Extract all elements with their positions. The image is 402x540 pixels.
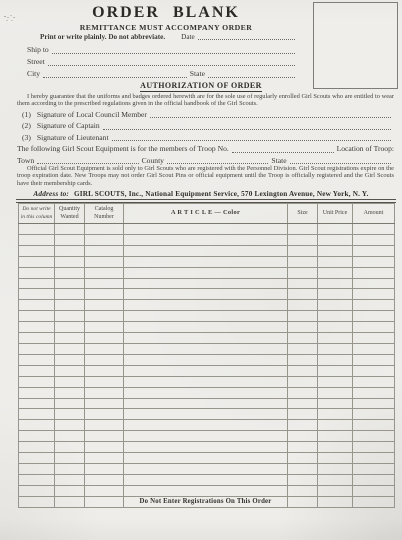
- table-cell: [288, 453, 318, 464]
- table-cell: [318, 322, 353, 333]
- county-fill-line: [167, 162, 268, 164]
- town-fill-line: [37, 162, 138, 164]
- table-cell: [288, 278, 318, 289]
- table-cell: [55, 322, 85, 333]
- table-row: [19, 311, 395, 322]
- table-cell: [55, 485, 85, 496]
- table-cell: [124, 224, 288, 235]
- table-cell: [19, 453, 55, 464]
- table-row: [19, 224, 395, 235]
- table-row: [19, 409, 395, 420]
- troop-location-label: Location of Troop:: [337, 145, 394, 154]
- county-label: County: [142, 157, 164, 166]
- table-cell: [55, 463, 85, 474]
- table-cell: [55, 431, 85, 442]
- table-row: [19, 300, 395, 311]
- town-label: Town: [17, 157, 34, 166]
- guarantee-paragraph: I hereby guarantee that the uniforms and…: [17, 93, 394, 108]
- table-cell: [85, 322, 124, 333]
- table-cell: [353, 485, 395, 496]
- table-cell: [55, 333, 85, 344]
- table-row: [19, 485, 395, 496]
- table-row: [19, 474, 395, 485]
- table-cell: [19, 365, 55, 376]
- table-row: [19, 234, 395, 245]
- table-cell: [318, 365, 353, 376]
- table-cell: [19, 463, 55, 474]
- table-cell: [85, 354, 124, 365]
- table-cell: [318, 387, 353, 398]
- signature-label: Signature of Captain: [37, 122, 100, 131]
- table-cell: [353, 322, 395, 333]
- table-cell: [288, 322, 318, 333]
- state-label: State: [190, 70, 205, 79]
- table-cell: [288, 496, 318, 507]
- ship-to-row: Ship to: [27, 46, 298, 55]
- table-cell: [288, 376, 318, 387]
- table-cell: [288, 420, 318, 431]
- table-cell: [124, 474, 288, 485]
- table-cell: [19, 311, 55, 322]
- address-to-text: GIRL SCOUTS, Inc., National Equipment Se…: [74, 190, 369, 198]
- table-cell: [55, 311, 85, 322]
- table-cell: [124, 453, 288, 464]
- ship-to-fill-line: [52, 52, 295, 54]
- table-cell: [288, 245, 318, 256]
- city-state-row: City State: [27, 70, 298, 79]
- table-row: [19, 354, 395, 365]
- table-cell: [353, 343, 395, 354]
- table-cell: [19, 224, 55, 235]
- table-cell: [124, 245, 288, 256]
- table-cell: [85, 442, 124, 453]
- authorization-heading: AUTHORIZATION OF ORDER: [0, 81, 402, 90]
- table-cell: [55, 365, 85, 376]
- table-cell: [85, 365, 124, 376]
- table-cell: [288, 234, 318, 245]
- table-cell: [318, 442, 353, 453]
- table-cell: [353, 311, 395, 322]
- table-cell: [353, 463, 395, 474]
- table-cell: [353, 398, 395, 409]
- form-title: ORDER BLANK: [0, 4, 332, 22]
- table-cell: [318, 431, 353, 442]
- signature-row-captain: (2) Signature of Captain: [22, 122, 394, 131]
- table-cell: [318, 376, 353, 387]
- table-cell: [353, 224, 395, 235]
- order-blank-form: ORDER BLANK REMITTANCE MUST ACCOMPANY OR…: [0, 0, 402, 540]
- table-row: [19, 420, 395, 431]
- table-cell: [19, 278, 55, 289]
- table-cell: [124, 398, 288, 409]
- table-cell: [288, 289, 318, 300]
- table-cell: [318, 278, 353, 289]
- table-cell: [318, 343, 353, 354]
- table-cell: [19, 300, 55, 311]
- table-cell: [318, 496, 353, 507]
- table-cell: [318, 409, 353, 420]
- table-cell: [318, 398, 353, 409]
- table-cell: [85, 311, 124, 322]
- city-fill-line: [43, 76, 187, 78]
- table-cell: [318, 485, 353, 496]
- table-cell: [55, 343, 85, 354]
- table-cell: [55, 300, 85, 311]
- registration-note-paragraph: Official Girl Scout Equipment is sold on…: [17, 165, 394, 187]
- table-cell: [19, 474, 55, 485]
- signature-number: (2): [22, 122, 31, 131]
- column-header: Quantity Wanted: [55, 204, 85, 224]
- table-cell: [124, 267, 288, 278]
- table-cell: [19, 409, 55, 420]
- table-cell: [55, 398, 85, 409]
- table-cell: [288, 354, 318, 365]
- signature-row-council: (1) Signature of Local Council Member: [22, 111, 394, 120]
- table-cell: [85, 234, 124, 245]
- table-cell: [19, 343, 55, 354]
- troop-number-fill-line: [232, 151, 334, 153]
- table-cell: [353, 267, 395, 278]
- table-row: [19, 376, 395, 387]
- table-cell: [55, 376, 85, 387]
- table-cell: [85, 387, 124, 398]
- table-cell: [288, 256, 318, 267]
- table-cell: [353, 245, 395, 256]
- table-cell: [85, 398, 124, 409]
- table-cell: [353, 365, 395, 376]
- signature-row-lieutenant: (3) Signature of Lieutenant: [22, 134, 394, 143]
- table-cell: [55, 387, 85, 398]
- table-cell: [55, 278, 85, 289]
- table-cell: [85, 431, 124, 442]
- table-cell: [124, 354, 288, 365]
- table-cell: [55, 442, 85, 453]
- table-cell: [288, 431, 318, 442]
- table-cell: [55, 420, 85, 431]
- table-cell: [55, 245, 85, 256]
- table-row: [19, 398, 395, 409]
- table-cell: [353, 496, 395, 507]
- column-header: Amount: [353, 204, 395, 224]
- date-fill-line: [198, 38, 295, 40]
- table-cell: [19, 431, 55, 442]
- table-row: [19, 343, 395, 354]
- signature-fill-line: [112, 139, 391, 141]
- state-fill-line: [290, 162, 391, 164]
- table-cell: [318, 333, 353, 344]
- date-label: Date: [181, 33, 195, 41]
- signature-label: Signature of Local Council Member: [37, 111, 147, 120]
- table-cell: [288, 398, 318, 409]
- address-to-line: Address to: GIRL SCOUTS, Inc., National …: [0, 190, 402, 198]
- address-to-lead: Address to:: [33, 190, 69, 198]
- table-row: [19, 463, 395, 474]
- table-cell: [19, 354, 55, 365]
- table-cell: [19, 496, 55, 507]
- table-cell: [318, 224, 353, 235]
- table-cell: [353, 278, 395, 289]
- signature-fill-line: [150, 116, 391, 118]
- table-row: [19, 289, 395, 300]
- table-cell: [288, 267, 318, 278]
- street-row: Street: [27, 58, 298, 67]
- table-cell: [288, 463, 318, 474]
- table-cell: [124, 343, 288, 354]
- table-row: [19, 267, 395, 278]
- table-row: [19, 256, 395, 267]
- state-label: State: [271, 157, 286, 166]
- table-cell: [19, 387, 55, 398]
- troop-number-row: The following Girl Scout Equipment is fo…: [17, 145, 394, 154]
- table-cell: [85, 267, 124, 278]
- table-row: [19, 387, 395, 398]
- table-cell: [85, 289, 124, 300]
- table-cell: [318, 354, 353, 365]
- table-cell: [353, 300, 395, 311]
- table-cell: [124, 387, 288, 398]
- table-cell: [85, 245, 124, 256]
- table-cell: [55, 474, 85, 485]
- column-header: Do not write in this column: [19, 204, 55, 224]
- table-cell: [318, 267, 353, 278]
- table-cell: [85, 496, 124, 507]
- table-row: [19, 245, 395, 256]
- table-cell: [318, 234, 353, 245]
- table-cell: [85, 278, 124, 289]
- table-note-row: Do Not Enter Registrations On This Order: [19, 496, 395, 507]
- table-cell: [318, 289, 353, 300]
- table-cell: [288, 311, 318, 322]
- state-fill-line: [208, 76, 295, 78]
- table-cell: [318, 453, 353, 464]
- table-cell: [85, 300, 124, 311]
- table-cell: [353, 420, 395, 431]
- signature-fill-line: [103, 128, 391, 130]
- table-cell: [318, 256, 353, 267]
- table-cell: [124, 409, 288, 420]
- order-table: Do not write in this columnQuantity Want…: [18, 203, 395, 508]
- ship-to-label: Ship to: [27, 46, 49, 55]
- table-cell: [19, 256, 55, 267]
- table-cell: [353, 333, 395, 344]
- column-header: Size: [288, 204, 318, 224]
- table-row: [19, 365, 395, 376]
- town-county-state-row: Town County State: [17, 157, 394, 166]
- table-cell: [55, 496, 85, 507]
- table-cell: [353, 431, 395, 442]
- table-cell: [19, 234, 55, 245]
- table-cell: [55, 354, 85, 365]
- table-cell: [55, 256, 85, 267]
- table-cell: [85, 474, 124, 485]
- table-cell: [124, 278, 288, 289]
- street-label: Street: [27, 58, 45, 67]
- table-cell: [85, 376, 124, 387]
- do-not-enter-note: Do Not Enter Registrations On This Order: [124, 496, 288, 507]
- table-cell: [353, 289, 395, 300]
- table-row: [19, 278, 395, 289]
- column-header: A R T I C L E — Color: [124, 204, 288, 224]
- table-cell: [288, 365, 318, 376]
- table-row: [19, 333, 395, 344]
- table-cell: [124, 420, 288, 431]
- table-cell: [85, 420, 124, 431]
- table-cell: [353, 387, 395, 398]
- table-cell: [124, 463, 288, 474]
- table-cell: [55, 234, 85, 245]
- instruction-date-row: Print or write plainly. Do not abbreviat…: [40, 33, 298, 41]
- table-cell: [85, 333, 124, 344]
- table-cell: [318, 245, 353, 256]
- table-cell: [124, 256, 288, 267]
- table-cell: [353, 474, 395, 485]
- table-cell: [353, 354, 395, 365]
- table-cell: [85, 453, 124, 464]
- stamp-box: [313, 2, 398, 89]
- table-cell: [55, 409, 85, 420]
- street-fill-line: [48, 64, 295, 66]
- table-cell: [85, 343, 124, 354]
- table-cell: [19, 245, 55, 256]
- table-cell: [318, 300, 353, 311]
- table-cell: [124, 442, 288, 453]
- table-cell: [55, 267, 85, 278]
- troop-line-prefix: The following Girl Scout Equipment is fo…: [17, 145, 229, 154]
- table-cell: [318, 311, 353, 322]
- print-instruction: Print or write plainly. Do not abbreviat…: [40, 33, 165, 41]
- table-cell: [19, 267, 55, 278]
- table-cell: [288, 333, 318, 344]
- table-cell: [124, 333, 288, 344]
- table-cell: [55, 453, 85, 464]
- table-cell: [85, 224, 124, 235]
- table-cell: [288, 224, 318, 235]
- table-row: [19, 453, 395, 464]
- table-cell: [19, 420, 55, 431]
- form-subtitle: REMITTANCE MUST ACCOMPANY ORDER: [0, 23, 332, 32]
- table-cell: [124, 431, 288, 442]
- table-cell: [318, 463, 353, 474]
- table-cell: [353, 409, 395, 420]
- table-cell: [124, 300, 288, 311]
- signature-label: Signature of Lieutenant: [37, 134, 109, 143]
- column-header: Catalog Number: [85, 204, 124, 224]
- table-cell: [124, 365, 288, 376]
- table-cell: [288, 474, 318, 485]
- table-cell: [353, 376, 395, 387]
- city-label: City: [27, 70, 40, 79]
- table-cell: [85, 409, 124, 420]
- table-cell: [124, 234, 288, 245]
- table-cell: [55, 289, 85, 300]
- table-cell: [124, 485, 288, 496]
- table-cell: [55, 224, 85, 235]
- table-row: [19, 442, 395, 453]
- table-cell: [19, 333, 55, 344]
- table-cell: [124, 376, 288, 387]
- table-cell: [288, 409, 318, 420]
- table-cell: [353, 442, 395, 453]
- signature-number: (3): [22, 134, 31, 143]
- table-cell: [288, 343, 318, 354]
- table-cell: [19, 322, 55, 333]
- table-cell: [318, 420, 353, 431]
- table-cell: [288, 485, 318, 496]
- table-cell: [85, 485, 124, 496]
- table-row: [19, 322, 395, 333]
- table-cell: [85, 463, 124, 474]
- table-cell: [318, 474, 353, 485]
- table-cell: [19, 442, 55, 453]
- table-cell: [288, 442, 318, 453]
- table-cell: [353, 234, 395, 245]
- table-cell: [85, 256, 124, 267]
- table-cell: [353, 453, 395, 464]
- table-cell: [19, 485, 55, 496]
- table-cell: [124, 322, 288, 333]
- table-cell: [124, 311, 288, 322]
- table-cell: [288, 387, 318, 398]
- table-header-row: Do not write in this columnQuantity Want…: [19, 204, 395, 224]
- column-header: Unit Price: [318, 204, 353, 224]
- table-cell: [19, 289, 55, 300]
- table-cell: [19, 376, 55, 387]
- table-row: [19, 431, 395, 442]
- table-cell: [353, 256, 395, 267]
- table-cell: [19, 398, 55, 409]
- table-cell: [288, 300, 318, 311]
- table-cell: [124, 289, 288, 300]
- signature-number: (1): [22, 111, 31, 120]
